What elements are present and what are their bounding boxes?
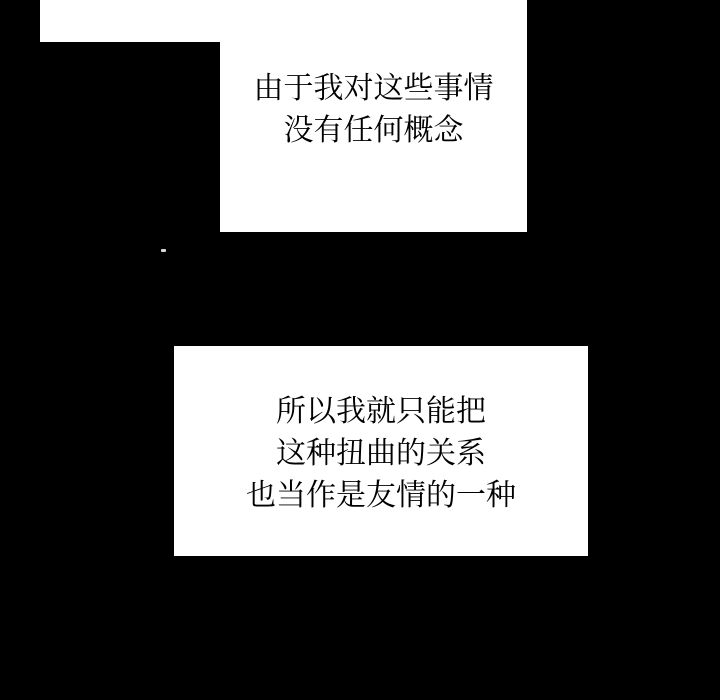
caption-line: 这种扭曲的关系 [174,433,588,475]
caption-line: 也当作是友情的一种 [174,475,588,517]
caption-line: 由于我对这些事情 [220,68,527,110]
white-speck [161,249,166,252]
comic-page: 由于我对这些事情 没有任何概念 所以我就只能把 这种扭曲的关系 也当作是友情的一… [0,0,720,700]
speech-text-bottom: 所以我就只能把 这种扭曲的关系 也当作是友情的一种 [174,391,588,517]
speech-text-top: 由于我对这些事情 没有任何概念 [220,68,527,152]
speech-panel-bottom: 所以我就只能把 这种扭曲的关系 也当作是友情的一种 [174,346,588,556]
caption-line: 所以我就只能把 [174,391,588,433]
caption-line: 没有任何概念 [220,110,527,152]
black-overlap-rectangle [0,42,220,237]
